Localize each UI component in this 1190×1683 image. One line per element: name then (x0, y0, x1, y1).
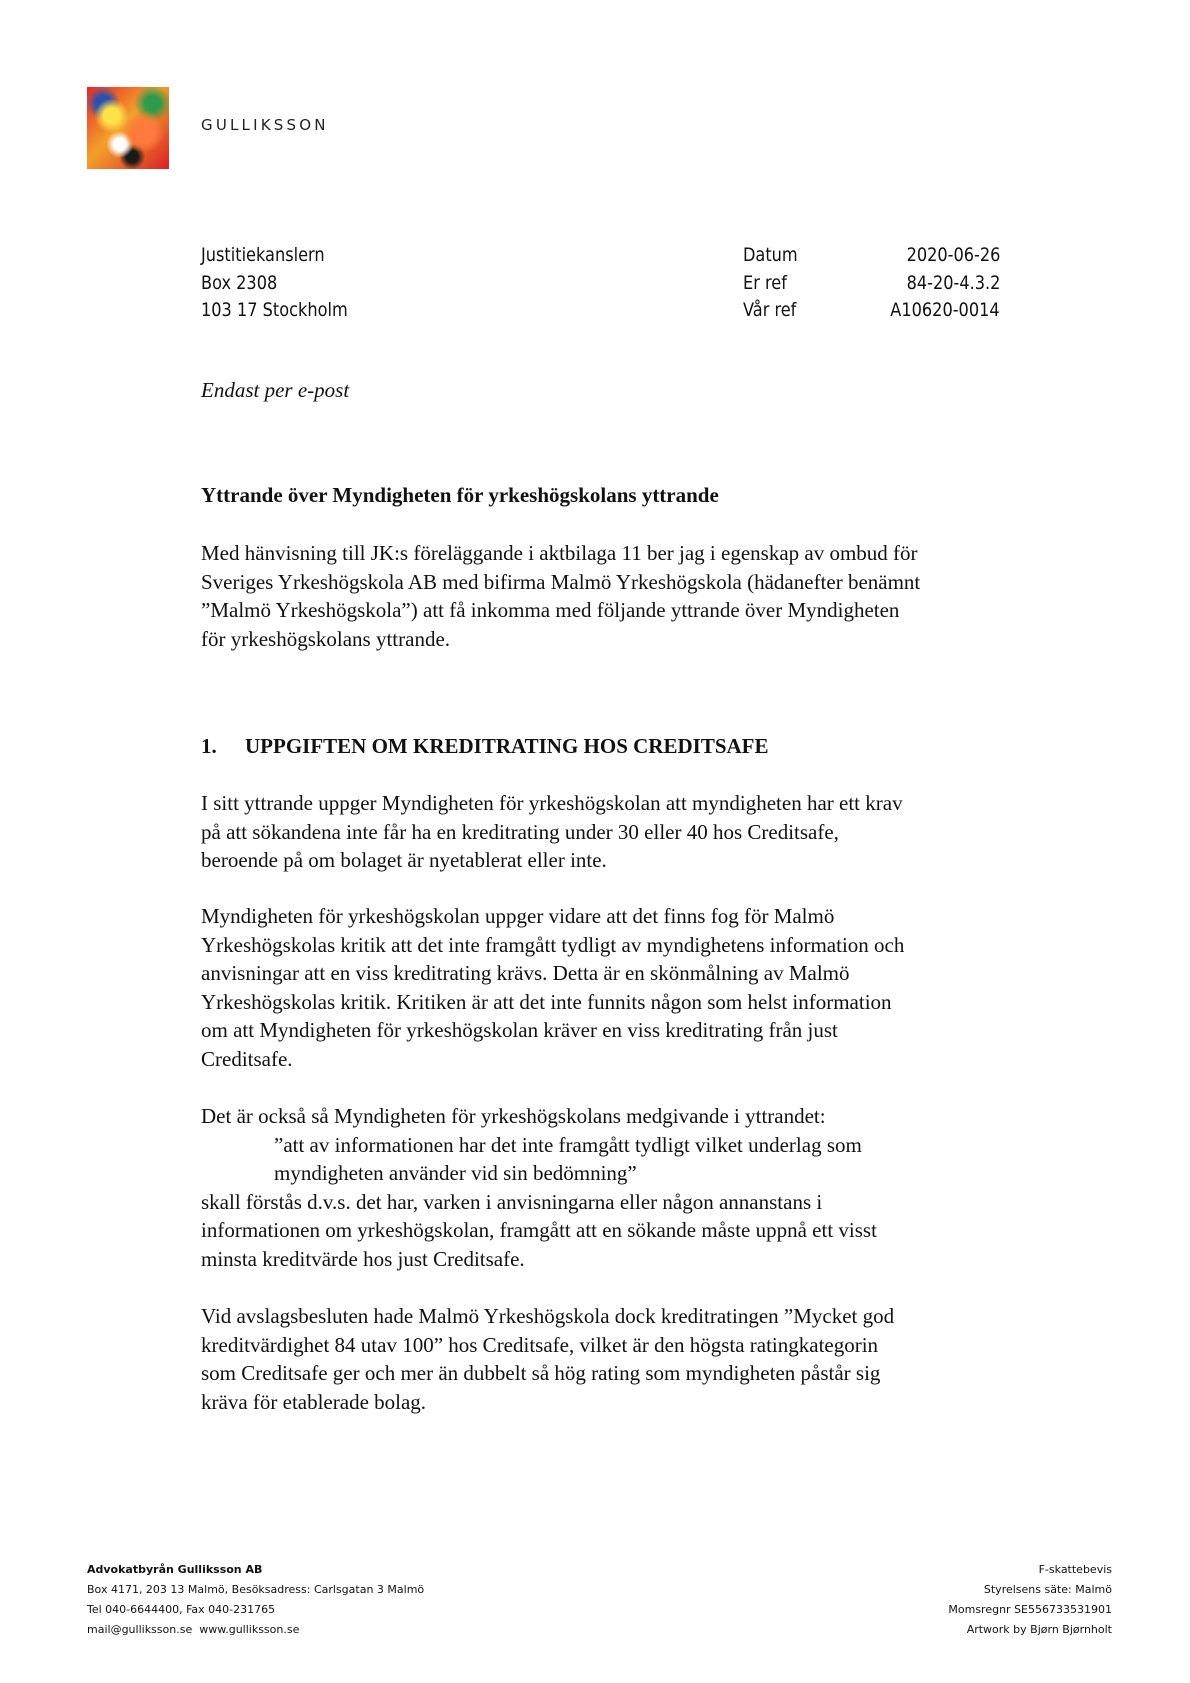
footer-phone: Tel 040-6644400, Fax 040-231765 (87, 1600, 424, 1620)
footer-vat-number: Momsregnr SE556733531901 (948, 1600, 1112, 1620)
text-line: Med hänvisning till JK:s föreläggande i … (201, 539, 1001, 568)
text-line: om att Myndigheten för yrkeshögskolan kr… (201, 1016, 1001, 1045)
footer-contact: mail@gulliksson.se www.gulliksson.se (87, 1620, 424, 1640)
text-line: ”Malmö Yrkeshögskola”) att få inkomma me… (201, 596, 1001, 625)
meta-value-our-ref: A10620-0014 (891, 299, 1000, 321)
footer-email-link[interactable]: mail@gulliksson.se (87, 1623, 192, 1636)
delivery-note: Endast per e-post (201, 378, 349, 403)
quote-line: myndigheten använder vid sin bedömning” (201, 1159, 1001, 1188)
text-line: för yrkeshögskolans yttrande. (201, 625, 1001, 654)
recipient-line: Box 2308 (201, 272, 277, 294)
footer-website-link[interactable]: www.gulliksson.se (199, 1623, 299, 1636)
recipient-line: 103 17 Stockholm (201, 299, 348, 321)
text-line: på att sökandena inte får ha en kreditra… (201, 818, 1001, 847)
footer-right: F-skattebevis Styrelsens säte: Malmö Mom… (948, 1560, 1112, 1640)
text-line: Vid avslagsbesluten hade Malmö Yrkeshögs… (201, 1302, 1001, 1331)
recipient-line: Justitiekanslern (201, 244, 325, 266)
text-line: som Creditsafe ger och mer än dubbelt så… (201, 1359, 1001, 1388)
text-line: I sitt yttrande uppger Myndigheten för y… (201, 789, 1001, 818)
meta-label-date: Datum (743, 244, 798, 266)
footer-left: Advokatbyrån Gulliksson AB Box 4171, 203… (87, 1560, 424, 1640)
section-paragraph-1: I sitt yttrande uppger Myndigheten för y… (201, 789, 1001, 875)
section-paragraph-4: Vid avslagsbesluten hade Malmö Yrkeshögs… (201, 1302, 1001, 1416)
footer-board-seat: Styrelsens säte: Malmö (948, 1580, 1112, 1600)
text-line: beroende på om bolaget är nyetablerat el… (201, 846, 1001, 875)
document-title: Yttrande över Myndigheten för yrkeshögsk… (201, 483, 719, 508)
text-line: kreditvärdighet 84 utav 100” hos Credits… (201, 1331, 1001, 1360)
intro-paragraph: Med hänvisning till JK:s föreläggande i … (201, 539, 1001, 653)
section-heading: 1.UPPGIFTEN OM KREDITRATING HOS CREDITSA… (201, 734, 769, 759)
brand-name: GULLIKSSON (201, 116, 329, 134)
text-line: Sveriges Yrkeshögskola AB med bifirma Ma… (201, 568, 1001, 597)
text-line: Det är också så Myndigheten för yrkeshög… (201, 1102, 1001, 1131)
section-heading-text: UPPGIFTEN OM KREDITRATING HOS CREDITSAFE (245, 734, 769, 758)
text-line: kräva för etablerade bolag. (201, 1388, 1001, 1417)
meta-value-their-ref: 84-20-4.3.2 (906, 272, 1000, 294)
footer-firm-name: Advokatbyrån Gulliksson AB (87, 1560, 424, 1580)
text-line: Creditsafe. (201, 1045, 1001, 1074)
text-line: anvisningar att en viss kreditrating krä… (201, 959, 1001, 988)
footer-tax-status: F-skattebevis (948, 1560, 1112, 1580)
text-line: Yrkeshögskolas kritik att det inte framg… (201, 931, 1001, 960)
logo-artwork (87, 87, 169, 169)
text-line: minsta kreditvärde hos just Creditsafe. (201, 1245, 1001, 1274)
meta-label-their-ref: Er ref (743, 272, 787, 294)
section-paragraph-2: Myndigheten för yrkeshögskolan uppger vi… (201, 902, 1001, 1073)
text-line: Myndigheten för yrkeshögskolan uppger vi… (201, 902, 1001, 931)
meta-label-our-ref: Vår ref (743, 299, 796, 321)
text-line: skall förstås d.v.s. det har, varken i a… (201, 1188, 1001, 1217)
footer-artwork-credit: Artwork by Bjørn Bjørnholt (948, 1620, 1112, 1640)
section-paragraph-3: Det är också så Myndigheten för yrkeshög… (201, 1102, 1001, 1273)
meta-value-date: 2020-06-26 (906, 244, 1000, 266)
section-number: 1. (201, 734, 245, 759)
footer-address: Box 4171, 203 13 Malmö, Besöksadress: Ca… (87, 1580, 424, 1600)
text-line: Yrkeshögskolas kritik. Kritiken är att d… (201, 988, 1001, 1017)
text-line: informationen om yrkeshögskolan, framgåt… (201, 1216, 1001, 1245)
quote-line: ”att av informationen har det inte framg… (201, 1131, 1001, 1160)
